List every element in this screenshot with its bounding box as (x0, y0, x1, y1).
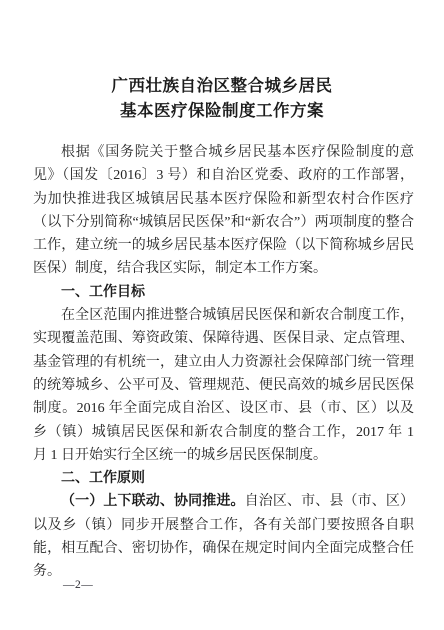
page-number: —2— (63, 579, 93, 591)
document-page: 广西壮族自治区整合城乡居民 基本医疗保险制度工作方案 根据《国务院关于整合城乡居… (0, 0, 444, 630)
paragraph-intro: 根据《国务院关于整合城乡居民基本医疗保险制度的意见》（国发〔2016〕3 号）和… (33, 141, 414, 281)
section-heading-1: 一、工作目标 (33, 281, 414, 304)
principle-1-lead: （一）上下联动、协同推进。 (61, 494, 245, 509)
paragraph-principle-1: （一）上下联动、协同推进。自治区、市、县（市、区）以及乡（镇）同步开展整合工作，… (33, 490, 414, 583)
title-line-2: 基本医疗保险制度工作方案 (0, 98, 444, 123)
paragraph-goal: 在全区范围内推进整合城镇居民医保和新农合制度工作，实现覆盖范围、筹资政策、保障待… (33, 304, 414, 467)
section-heading-2: 二、工作原则 (33, 467, 414, 490)
document-body: 根据《国务院关于整合城乡居民基本医疗保险制度的意见》（国发〔2016〕3 号）和… (33, 141, 414, 584)
document-title: 广西壮族自治区整合城乡居民 基本医疗保险制度工作方案 (0, 73, 444, 123)
title-line-1: 广西壮族自治区整合城乡居民 (0, 73, 444, 98)
